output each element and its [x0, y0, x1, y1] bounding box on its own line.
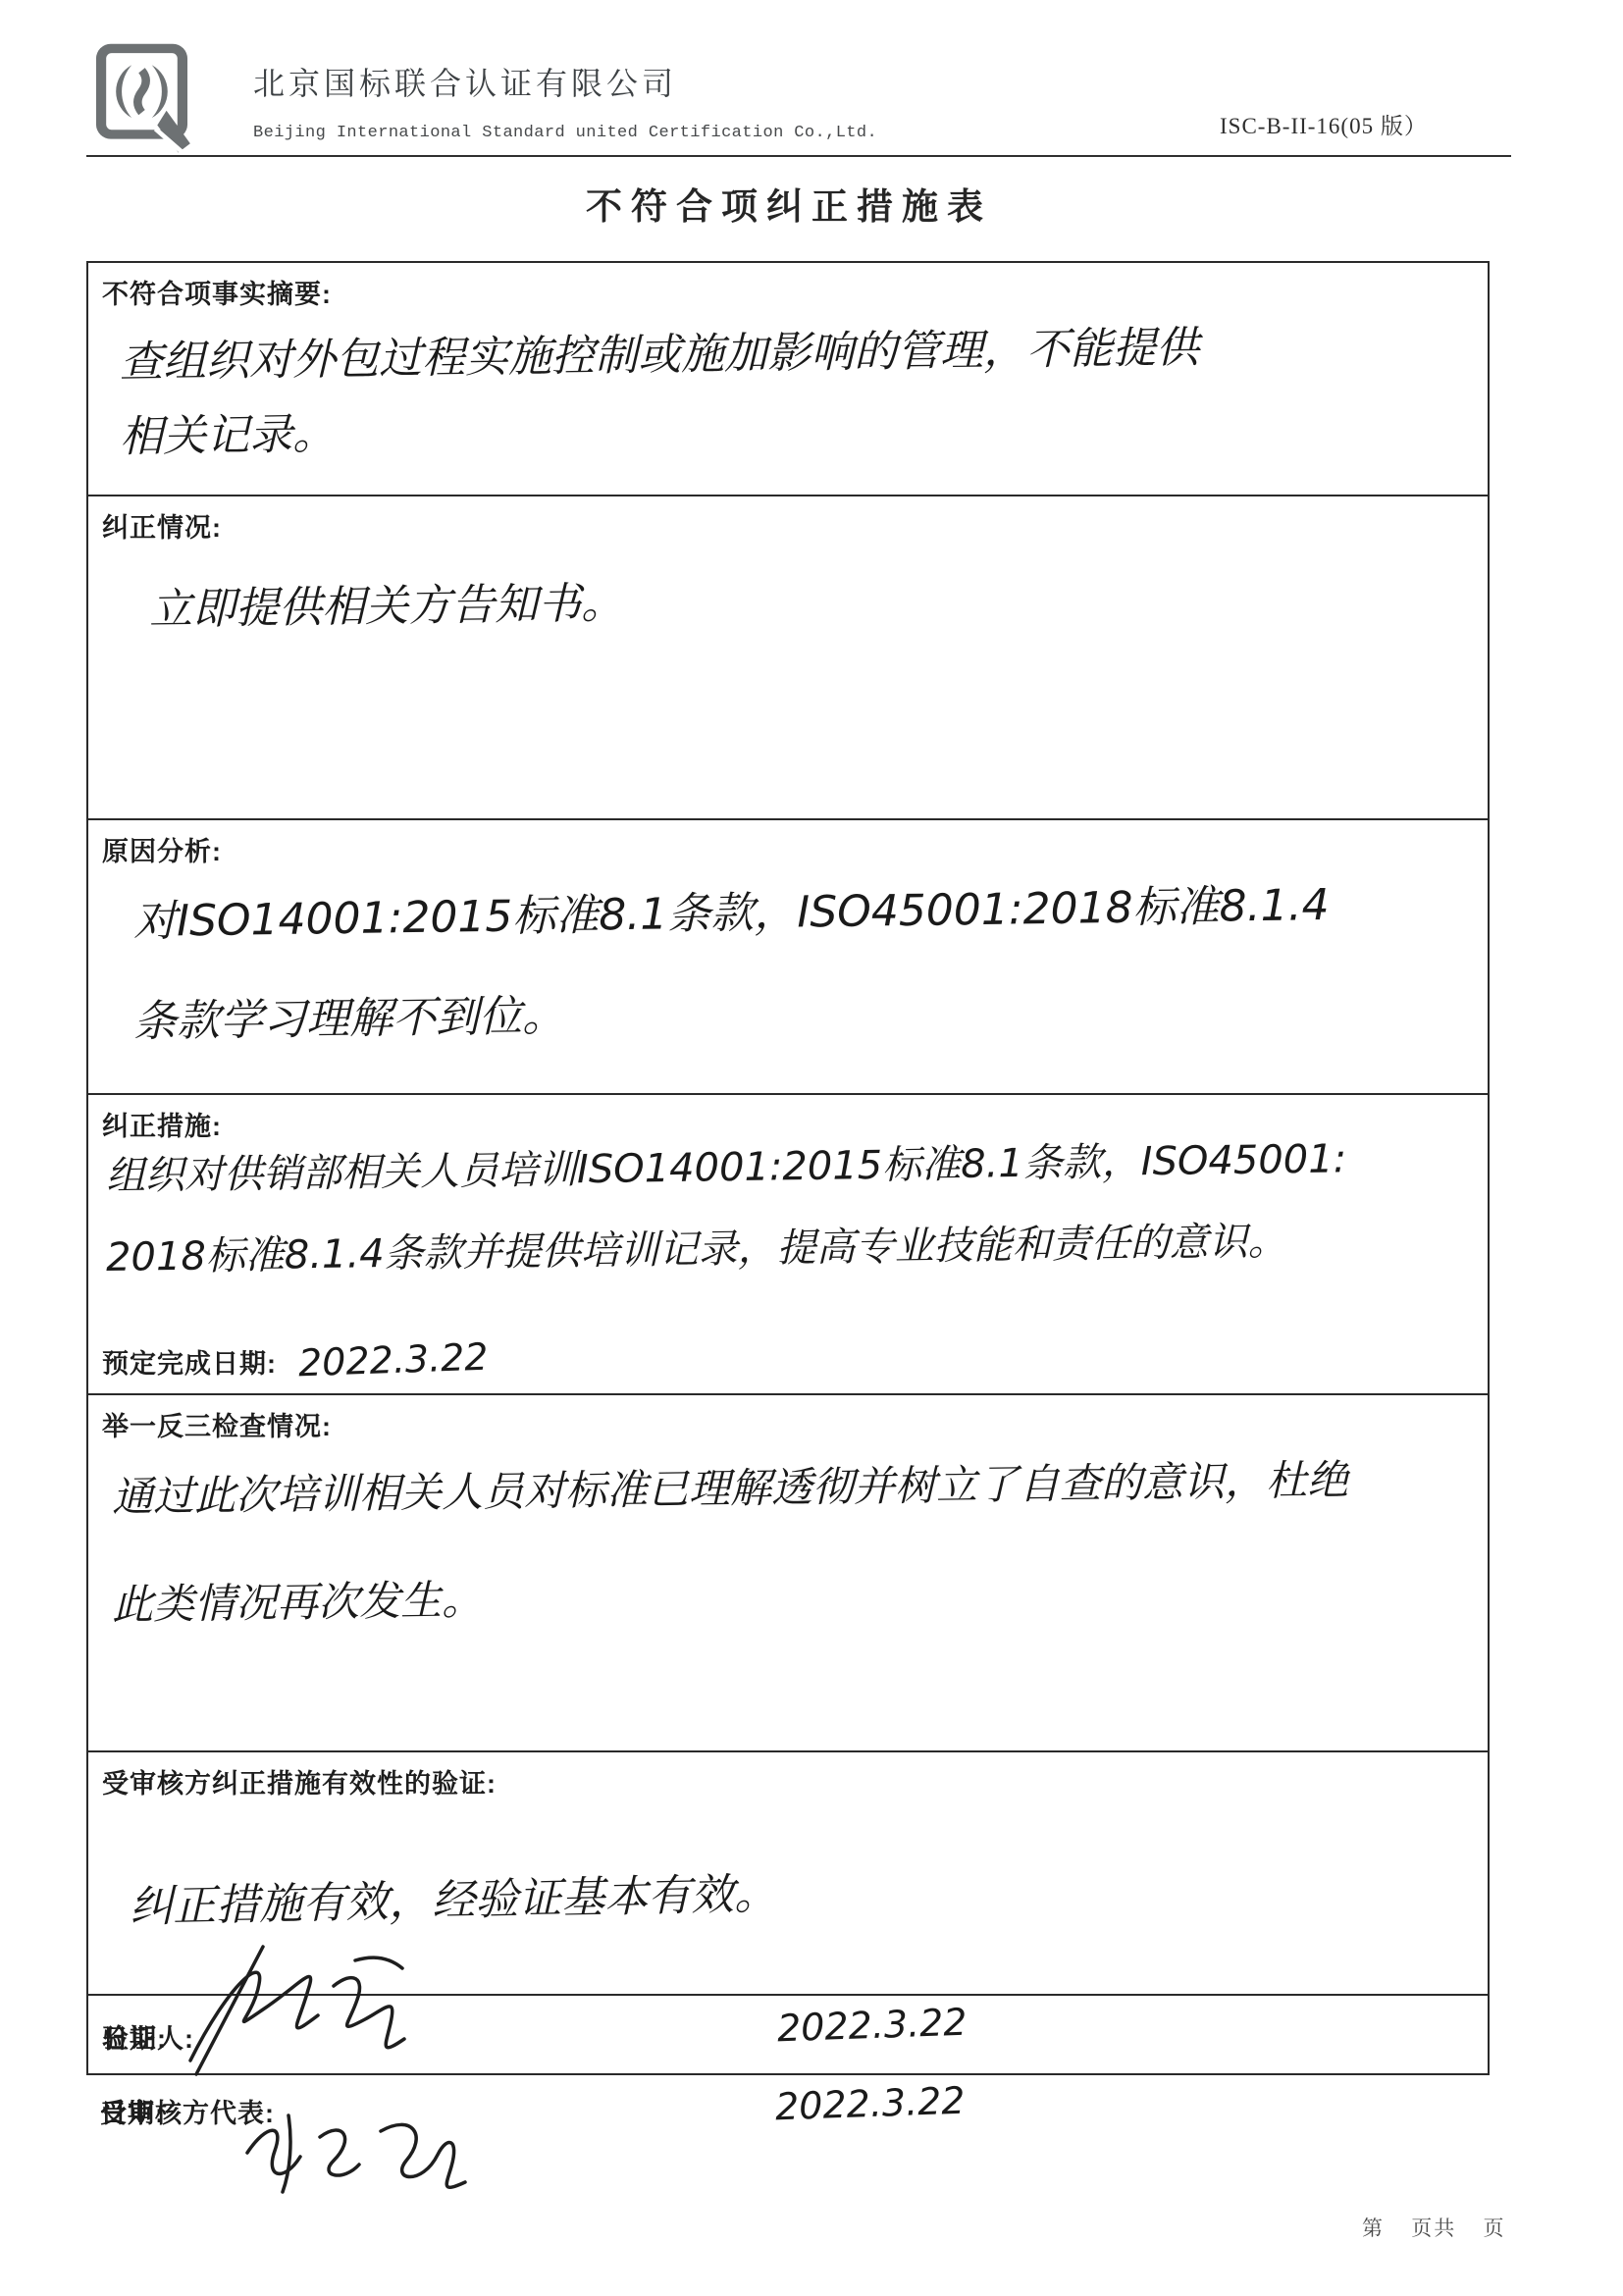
date-label: 日期: — [102, 2017, 167, 2056]
company-name-cn: 北京国标联合认证有限公司 — [253, 59, 677, 104]
section-label: 不符合项事实摘要: — [88, 263, 1488, 311]
handwritten-text: 查组织对外包过程实施控制或施加影响的管理，不能提供 — [120, 308, 1489, 390]
section-label: 受审核方纠正措施有效性的验证: — [88, 1752, 1488, 1800]
handwritten-text: 2018标准8.1.4条款并提供培训记录，提高专业技能和责任的意识。 — [106, 1207, 1489, 1282]
handwritten-text: 通过此次培训相关人员对标准已理解透彻并树立了自查的意识，杜绝 — [112, 1445, 1489, 1524]
handwritten-date: 2022.3.22 — [298, 1335, 490, 1385]
document-code: ISC-B-II-16(05 版） — [1220, 108, 1428, 140]
section-extended-check: 举一反三检查情况: 通过此次培训相关人员对标准已理解透彻并树立了自查的意识，杜绝… — [88, 1393, 1488, 1750]
scanned-form-page: 北京国标联合认证有限公司 Beijing International Stand… — [0, 0, 1623, 2296]
auditee-representative-row: 受审核方代表: 日期: 2022.3.22 — [86, 2078, 1490, 2149]
date-label: 日期: — [100, 2092, 165, 2130]
page-number-footer: 第 页共 页 — [1362, 2213, 1506, 2242]
company-name-en: Beijing International Standard united Ce… — [253, 124, 877, 142]
section-label: 原因分析: — [88, 820, 1488, 868]
certification-logo — [93, 41, 203, 160]
handwritten-date: 2022.3.22 — [774, 2079, 966, 2129]
handwritten-text: 此类情况再次发生。 — [112, 1553, 1489, 1632]
handwritten-text: 条款学习理解不到位。 — [133, 967, 1489, 1049]
form-table: 不符合项事实摘要: 查组织对外包过程实施控制或施加影响的管理，不能提供 相关记录… — [86, 261, 1490, 2075]
verifier-sign-row: 验证人: 日期: 2022.3.22 — [88, 1994, 1488, 2072]
handwritten-text: 纠正措施有效，经验证基本有效。 — [129, 1844, 1488, 1935]
header-divider — [86, 155, 1511, 157]
handwritten-text: 对ISO14001:2015标准8.1条款，ISO45001:2018标准8.1… — [133, 867, 1489, 949]
form-title: 不符合项纠正措施表 — [0, 177, 1578, 230]
planned-completion-date-row: 预定完成日期: 2022.3.22 — [102, 1338, 489, 1382]
handwritten-text: 立即提供相关方告知书。 — [149, 555, 1489, 637]
section-correction-status: 纠正情况: 立即提供相关方告知书。 — [88, 495, 1488, 818]
section-cause-analysis: 原因分析: 对ISO14001:2015标准8.1条款，ISO45001:201… — [88, 818, 1488, 1093]
section-corrective-action: 纠正措施: 组织对供销部相关人员培训ISO14001:2015标准8.1条款，I… — [88, 1093, 1488, 1393]
handwritten-text: 相关记录。 — [120, 383, 1489, 464]
section-nonconformity-summary: 不符合项事实摘要: 查组织对外包过程实施控制或施加影响的管理，不能提供 相关记录… — [88, 263, 1488, 495]
due-date-label: 预定完成日期: — [102, 1349, 277, 1379]
section-label: 纠正情况: — [88, 496, 1488, 545]
section-label: 举一反三检查情况: — [88, 1395, 1488, 1443]
section-effectiveness-verification: 受审核方纠正措施有效性的验证: 纠正措施有效，经验证基本有效。 — [88, 1750, 1488, 1994]
handwritten-date: 2022.3.22 — [776, 2001, 968, 2051]
